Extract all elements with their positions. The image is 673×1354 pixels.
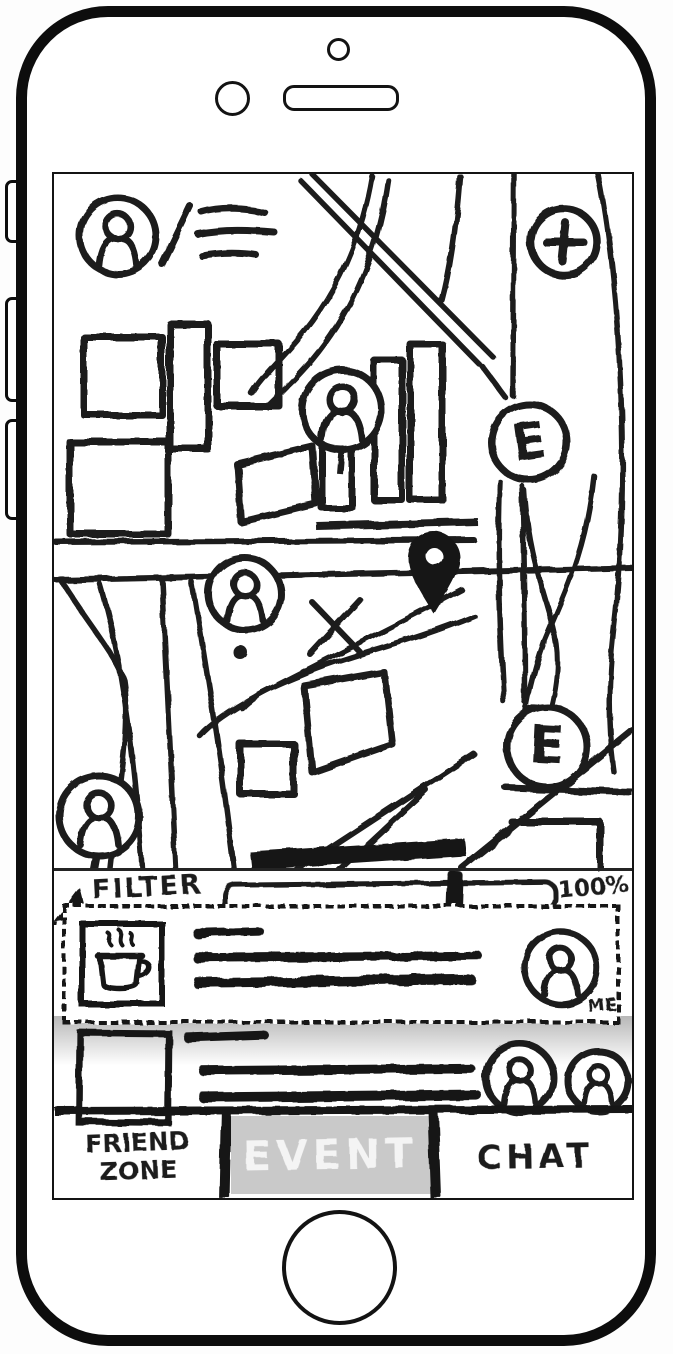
menu-button[interactable] — [150, 198, 282, 272]
coffee-cup-icon — [78, 920, 166, 1008]
plus-circle-icon — [529, 207, 598, 276]
tab-event[interactable]: EVENT — [231, 1116, 431, 1194]
hamburger-menu-icon — [162, 206, 274, 264]
tab-label: FRIEND ZONE — [72, 1126, 204, 1186]
card-owner-label: ME — [587, 995, 617, 1018]
person-marker[interactable] — [59, 776, 139, 870]
list-item[interactable] — [54, 1030, 632, 1116]
list-text-line — [198, 1090, 481, 1103]
tab-label: CHAT — [477, 1135, 595, 1176]
phone-screen: E E FILTER 100% — [52, 172, 634, 1200]
location-pin[interactable] — [408, 532, 460, 614]
card-title-line — [192, 927, 264, 938]
filter-value: 100% — [557, 872, 630, 904]
list-text-line — [198, 1064, 475, 1075]
list-title-line — [183, 1031, 269, 1043]
event-marker[interactable]: E — [491, 404, 567, 480]
map-road-highlight — [250, 838, 466, 870]
event-marker-label: E — [528, 715, 567, 777]
tab-label: EVENT — [243, 1129, 419, 1180]
add-event-button[interactable] — [522, 200, 606, 284]
home-button[interactable] — [282, 1210, 397, 1325]
tab-chat[interactable]: CHAT — [440, 1114, 632, 1198]
filter-label: FILTER — [91, 869, 203, 906]
tab-friend-zone[interactable]: FRIEND ZONE — [54, 1114, 222, 1198]
attendee-avatar[interactable] — [568, 1051, 628, 1111]
speaker-grill-icon — [283, 85, 399, 111]
event-marker[interactable]: E — [507, 707, 587, 787]
map-dot — [233, 645, 247, 659]
tab-divider — [219, 1110, 232, 1198]
person-marker[interactable] — [209, 558, 281, 630]
tab-bar: FRIEND ZONE EVENT CHAT — [54, 1106, 632, 1198]
card-text-line — [192, 951, 482, 963]
top-sensor-icon — [327, 38, 350, 61]
attendee-avatar[interactable] — [486, 1044, 554, 1112]
card-text-line — [192, 974, 476, 987]
event-card[interactable]: ME — [62, 904, 620, 1024]
front-camera-icon — [215, 81, 250, 116]
map-divider — [54, 868, 632, 871]
